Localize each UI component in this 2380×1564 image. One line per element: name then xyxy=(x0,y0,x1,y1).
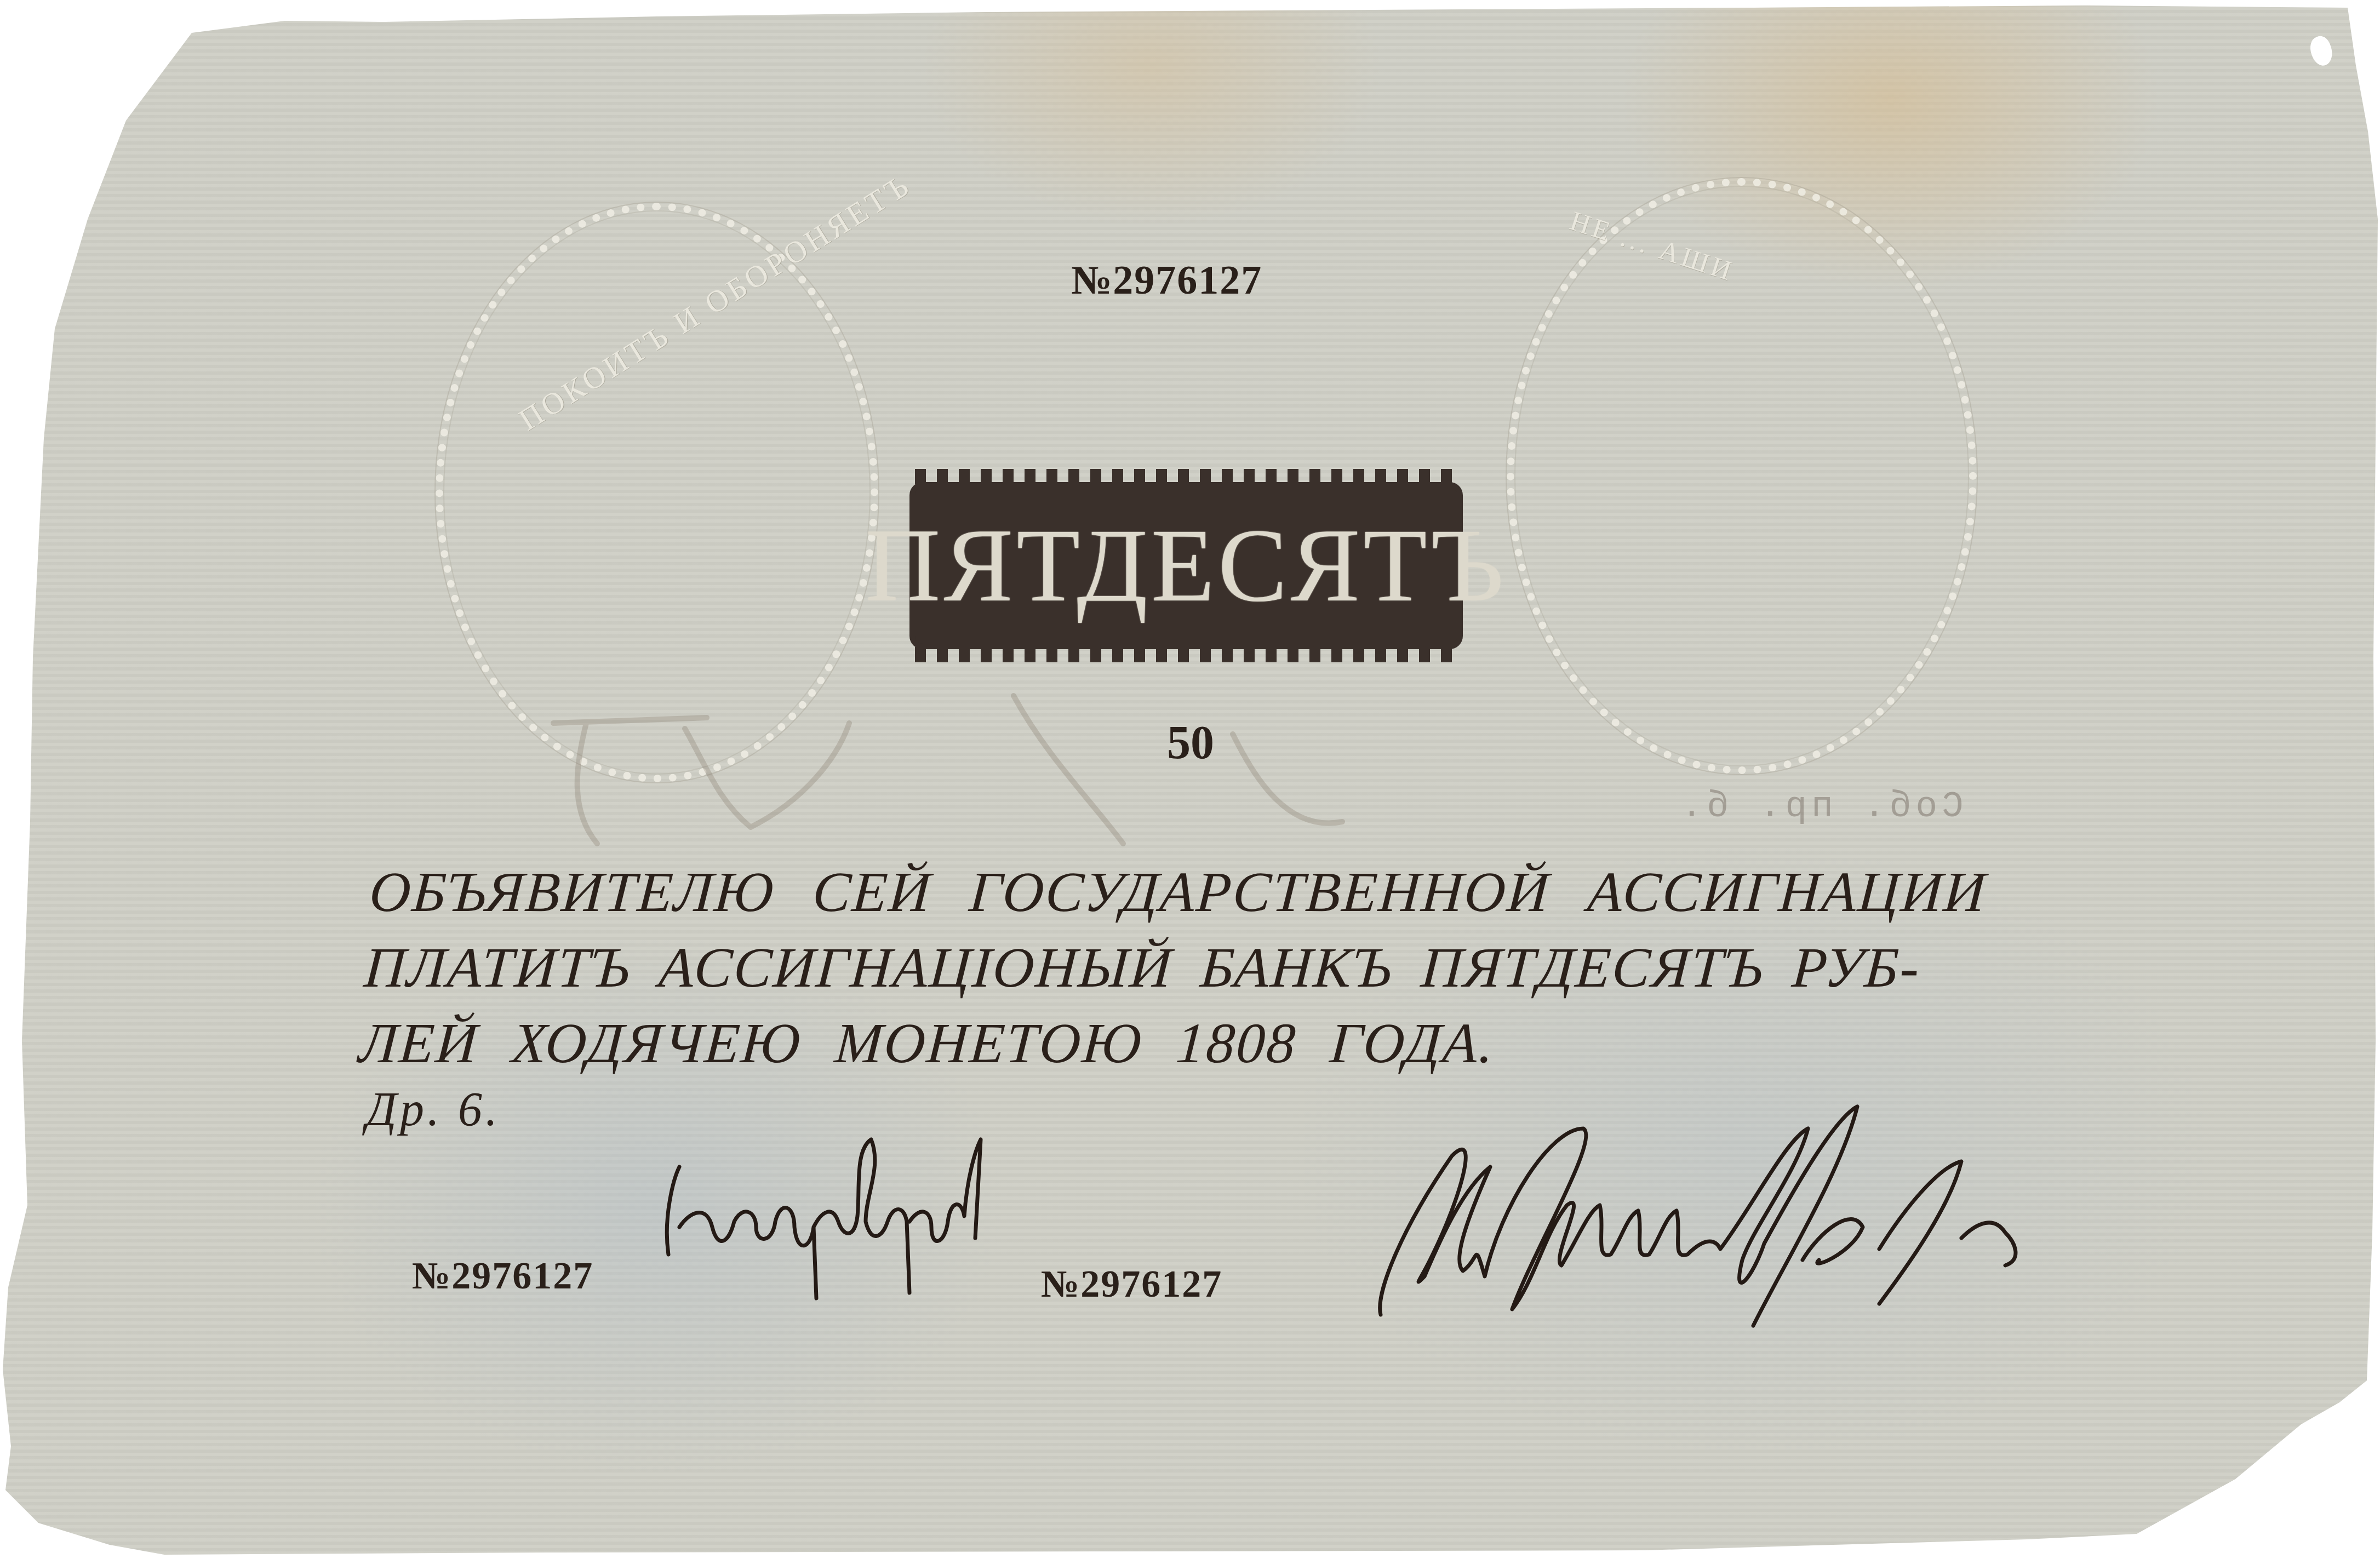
promissory-line-1: ОБЪЯВИТЕЛЮ СЕЙ ГОСУДАРСТВЕННОЙ АССИГНАЦИ… xyxy=(367,855,2290,930)
bleed-through-signature xyxy=(520,690,1616,855)
offset-bleed-text: Соб. пр. б. xyxy=(1677,786,1964,827)
plate-mark: Др. 6. xyxy=(366,1082,501,1137)
embossed-medallion-right xyxy=(1507,178,1977,774)
serial-number-bottom-left: №2976127 xyxy=(412,1254,593,1298)
serial-number-top: №2976127 xyxy=(1071,257,1262,304)
denomination-numeral: 50 xyxy=(1167,715,1214,770)
denomination-block: ПЯТДЕСЯТЪ xyxy=(915,488,1457,644)
promissory-line-3: ЛЕЙ ХОДЯЧЕЮ МОНЕТОЮ 1808 ГОДА. xyxy=(357,1006,2280,1081)
promissory-text: ОБЪЯВИТЕЛЮ СЕЙ ГОСУДАРСТВЕННОЙ АССИГНАЦИ… xyxy=(357,855,2290,1081)
signature-right xyxy=(1370,1096,2301,1342)
serial-number-bottom-middle: №2976127 xyxy=(1041,1263,1222,1307)
denomination-word: ПЯТДЕСЯТЪ xyxy=(865,506,1507,626)
promissory-line-2: ПЛАТИТЪ АССИГНАЦІОНЫЙ БАНКЪ ПЯТДЕСЯТЪ РУ… xyxy=(362,930,2285,1006)
